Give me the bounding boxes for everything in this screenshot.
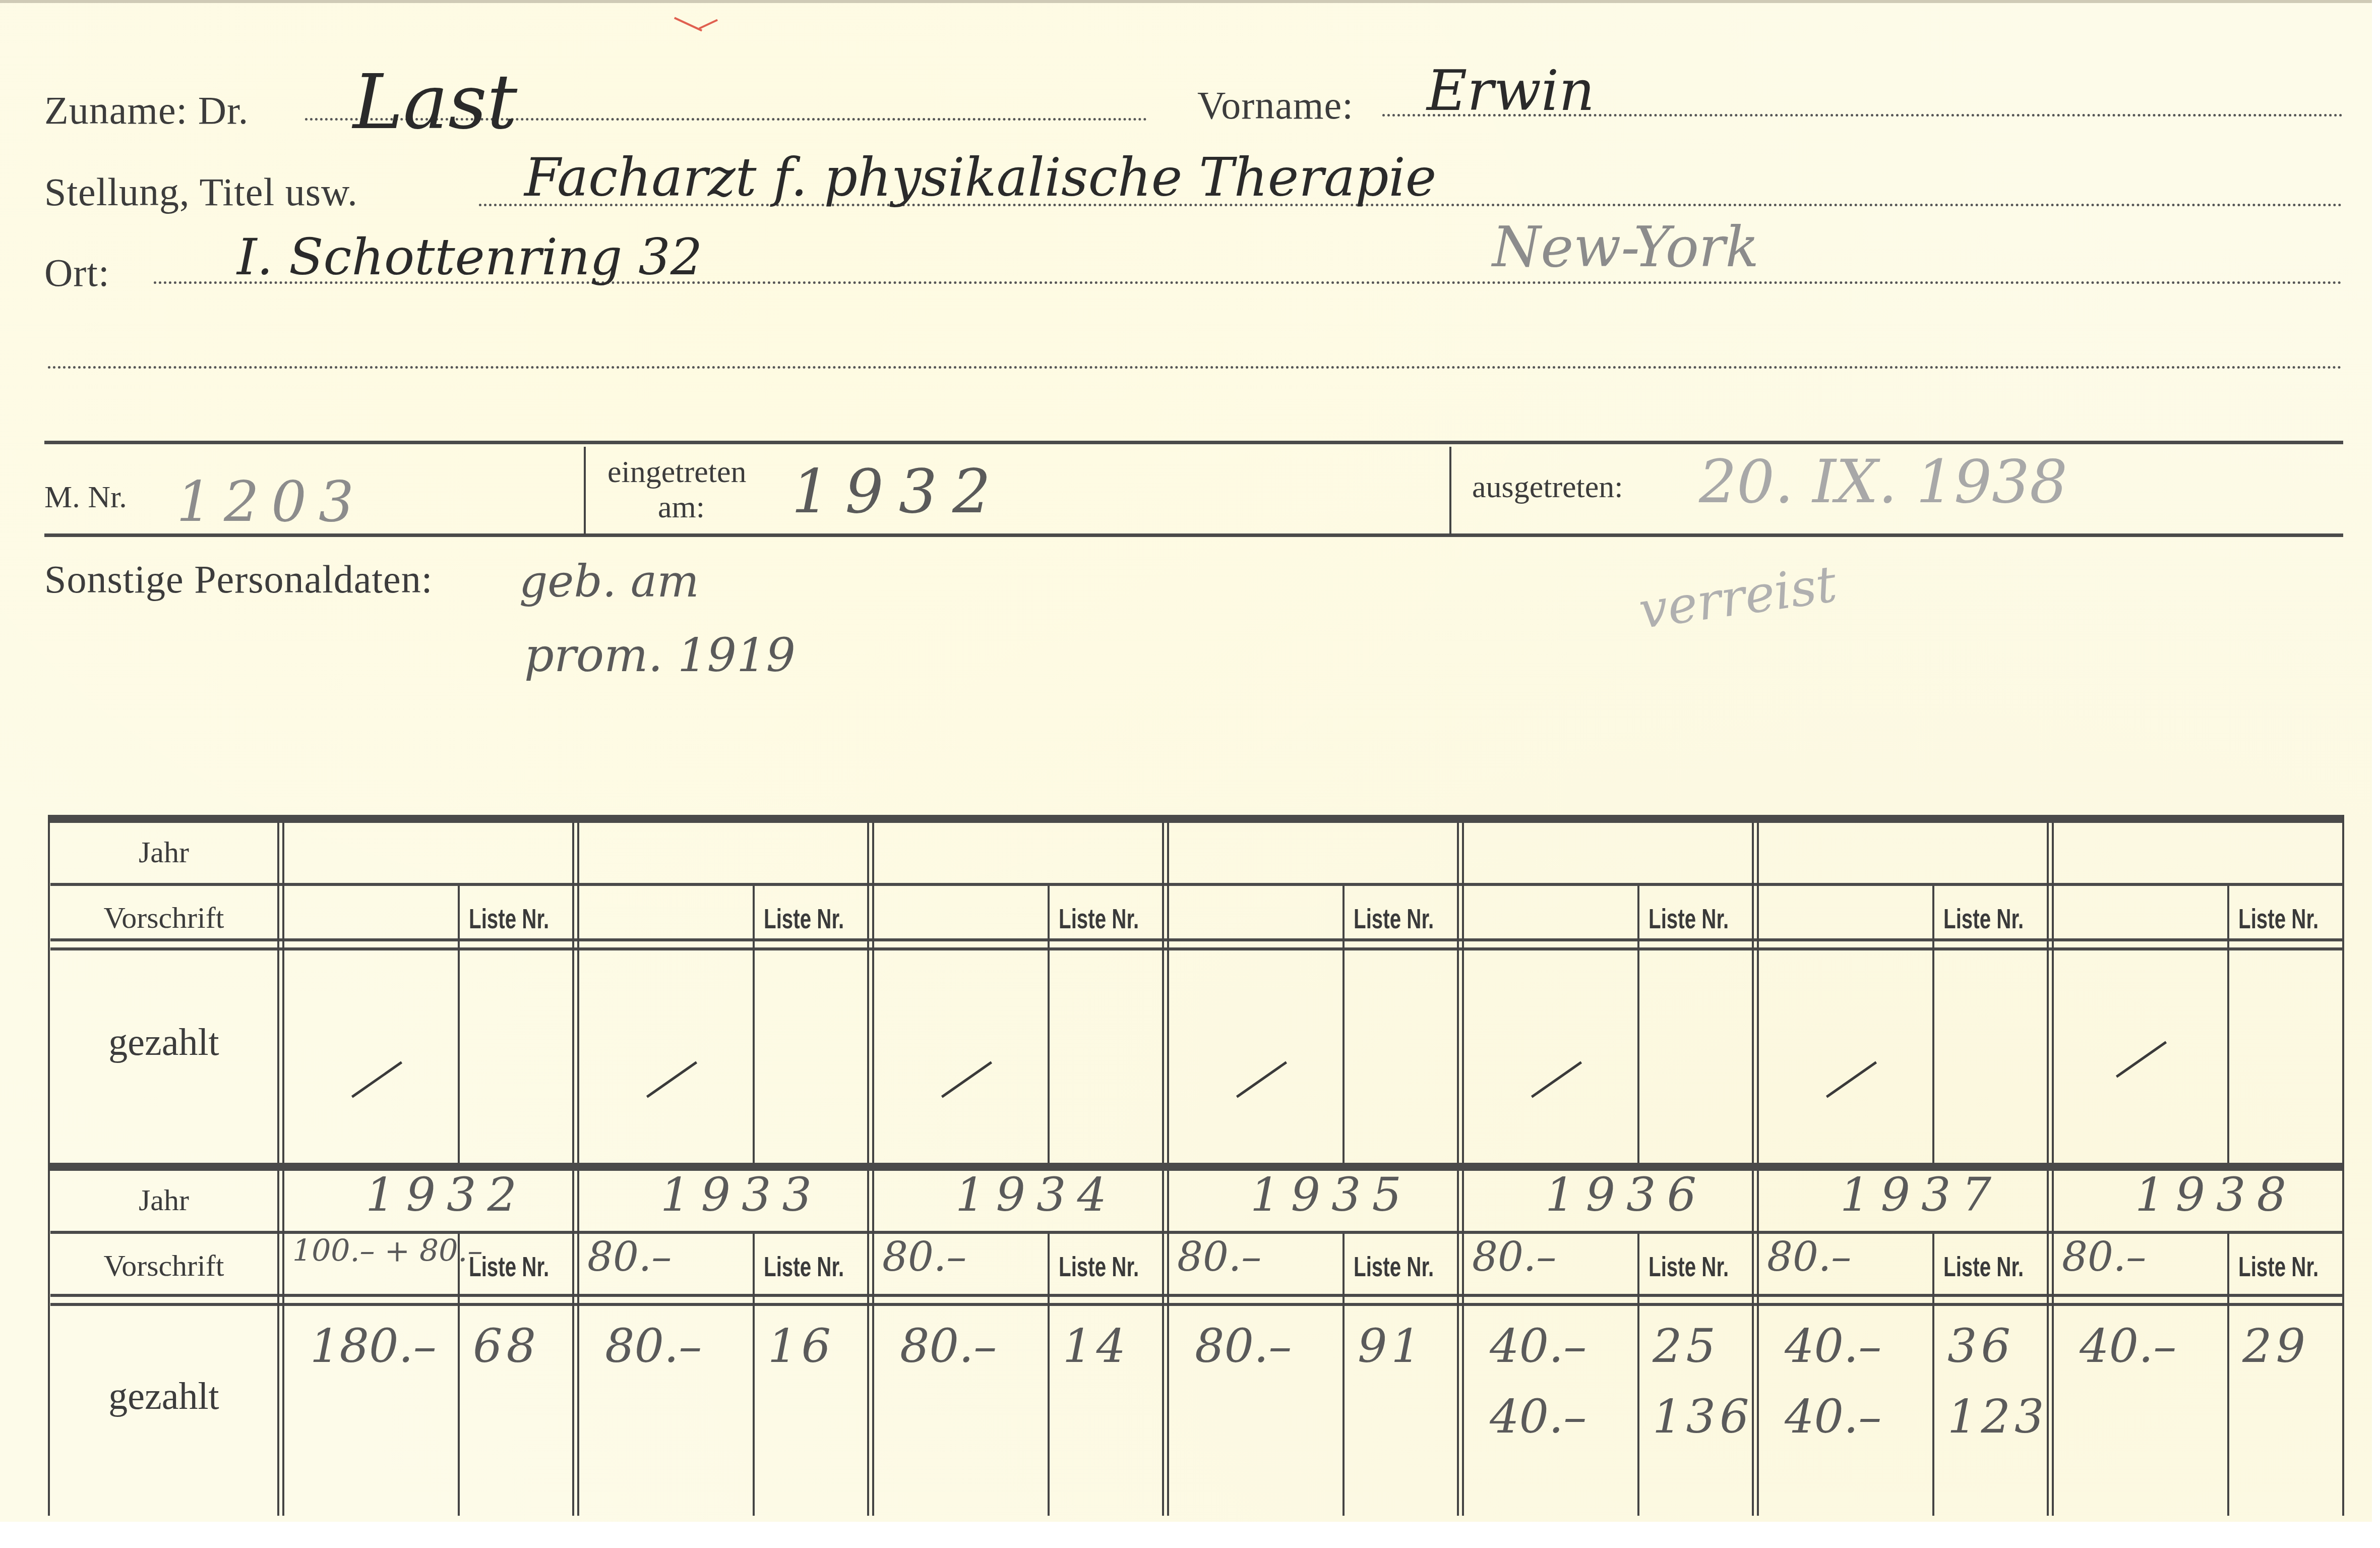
stellung-label: Stellung, Titel usw. [44, 169, 358, 215]
year-value[interactable]: 1936 [1545, 1168, 1707, 1222]
year-column-divider [1162, 1171, 1169, 1516]
liste-value[interactable]: 25 [1653, 1319, 1720, 1373]
jahr-label: Jahr [48, 835, 280, 870]
paid-check-mark [941, 1061, 992, 1098]
year-value[interactable]: 1934 [955, 1168, 1118, 1222]
year-value[interactable]: 1935 [1250, 1168, 1413, 1222]
blank-line [48, 366, 2343, 369]
eingetreten-label: eingetreten [607, 454, 746, 490]
liste-column-divider [458, 1234, 460, 1516]
liste-column-divider [2227, 886, 2229, 1163]
sonstige-label: Sonstige Personaldaten: [44, 557, 433, 602]
gezahlt-label: gezahlt [48, 1375, 280, 1418]
paid-check-mark [1236, 1061, 1287, 1098]
eingetreten-am-label: am: [658, 490, 705, 525]
liste-column-divider [458, 886, 460, 1163]
year-column-divider [1752, 823, 1759, 1163]
table-right-border [2342, 815, 2344, 1163]
vorschrift-label: Vorschrift [48, 901, 280, 935]
liste-value[interactable]: 29 [2242, 1319, 2309, 1373]
year-column-divider [1162, 823, 1169, 1163]
gezahlt-value[interactable]: 80.– [1195, 1319, 1292, 1373]
table-double-rule [50, 938, 2344, 941]
gezahlt-value[interactable]: 80.– [900, 1319, 997, 1373]
gezahlt-value[interactable]: 40.– [1785, 1319, 1881, 1373]
mnr-value[interactable]: 1203 [176, 469, 366, 534]
year-column-divider [572, 823, 579, 1163]
liste-nr-header: Liste Nr. [2238, 1250, 2318, 1283]
gezahlt-value[interactable]: 40.– [1785, 1390, 1881, 1444]
table-double-rule [50, 1294, 2344, 1297]
vorschrift-value[interactable]: 80.– [1767, 1233, 1851, 1280]
vorschrift-value[interactable]: 80.– [587, 1233, 672, 1280]
liste-nr-header: Liste Nr. [1354, 902, 1434, 935]
year-column-divider [1457, 1171, 1464, 1516]
liste-column-divider [1048, 886, 1050, 1163]
stellung-value[interactable]: Facharzt f. physikalische Therapie [524, 147, 1436, 208]
table-thick-rule [48, 815, 2344, 823]
year-column-divider [2047, 823, 2054, 1163]
liste-column-divider [2227, 1234, 2229, 1516]
paid-check-mark [1531, 1061, 1582, 1098]
liste-column-divider [1342, 1234, 1345, 1516]
year-value[interactable]: 1938 [2135, 1168, 2297, 1222]
year-column-divider [1457, 823, 1464, 1163]
year-column-divider [867, 823, 874, 1163]
gezahlt-value[interactable]: 40.– [1490, 1319, 1586, 1373]
vorschrift-value[interactable]: 80.– [1177, 1233, 1261, 1280]
liste-column-divider [1048, 1234, 1050, 1516]
vorschrift-value[interactable]: 80.– [2062, 1233, 2146, 1280]
liste-nr-header: Liste Nr. [1649, 902, 1729, 935]
vorname-value[interactable]: Erwin [1427, 58, 1595, 123]
gezahlt-value[interactable]: 40.– [1490, 1390, 1586, 1444]
liste-nr-header: Liste Nr. [1354, 1250, 1434, 1283]
liste-value[interactable]: 123 [1947, 1390, 2048, 1444]
liste-column-divider [753, 1234, 755, 1516]
year-value[interactable]: 1937 [1840, 1168, 2002, 1222]
sonstige-line1[interactable]: geb. am [519, 555, 699, 607]
liste-value[interactable]: 16 [768, 1319, 835, 1373]
liste-nr-header: Liste Nr. [764, 1250, 844, 1283]
year-value[interactable]: 1932 [365, 1168, 528, 1222]
year-column-divider [277, 1171, 284, 1516]
liste-column-divider [1932, 886, 1934, 1163]
paid-check-mark [646, 1061, 697, 1098]
table-double-rule [50, 1303, 2344, 1306]
gezahlt-value[interactable]: 80.– [605, 1319, 702, 1373]
zuname-value[interactable]: Last [353, 58, 517, 146]
table-right-border [2342, 1163, 2344, 1516]
liste-column-divider [753, 886, 755, 1163]
liste-column-divider [1637, 886, 1639, 1163]
paid-check-mark [2116, 1041, 2167, 1078]
sonstige-line2[interactable]: prom. 1919 [524, 628, 796, 682]
liste-nr-header: Liste Nr. [469, 902, 549, 935]
year-column-divider [1752, 1171, 1759, 1516]
liste-value[interactable]: 91 [1358, 1319, 1425, 1373]
vorschrift-value[interactable]: 100.– + 80.– [292, 1233, 482, 1269]
vorschrift-label: Vorschrift [48, 1248, 280, 1283]
year-column-divider [572, 1171, 579, 1516]
year-column-divider [2047, 1171, 2054, 1516]
liste-value[interactable]: 36 [1947, 1319, 2015, 1373]
liste-nr-header: Liste Nr. [1943, 1250, 2024, 1283]
liste-nr-header: Liste Nr. [1059, 902, 1139, 935]
vorname-label: Vorname: [1197, 83, 1354, 128]
paid-check-mark [1826, 1061, 1877, 1098]
table-row-divider [50, 883, 2344, 886]
liste-nr-header: Liste Nr. [1943, 902, 2024, 935]
mnr-bottom-rule [44, 533, 2343, 537]
liste-value[interactable]: 14 [1063, 1319, 1130, 1373]
red-mark [699, 19, 718, 30]
liste-column-divider [1342, 886, 1345, 1163]
eingetreten-value[interactable]: 1932 [791, 457, 1006, 527]
liste-column-divider [1637, 1234, 1639, 1516]
liste-column-divider [1932, 1234, 1934, 1516]
table-double-rule [50, 947, 2344, 950]
year-column-divider [867, 1171, 874, 1516]
mnr-top-rule [44, 441, 2343, 444]
gezahlt-label: gezahlt [48, 1021, 280, 1064]
liste-value[interactable]: 136 [1653, 1390, 1753, 1444]
ausgetreten-value[interactable]: 20. IX. 1938 [1699, 447, 2067, 516]
ausgetreten-divider [1449, 447, 1451, 535]
liste-nr-header: Liste Nr. [1649, 1250, 1729, 1283]
liste-nr-header: Liste Nr. [764, 902, 844, 935]
mnr-label: M. Nr. [44, 480, 127, 515]
paid-check-mark [351, 1061, 402, 1098]
gezahlt-value[interactable]: 180.– [310, 1319, 437, 1373]
ort-value-2[interactable]: New-York [1492, 215, 1759, 279]
liste-nr-header: Liste Nr. [1059, 1250, 1139, 1283]
year-value[interactable]: 1933 [660, 1168, 823, 1222]
jahr-label: Jahr [48, 1183, 280, 1218]
red-mark [674, 17, 702, 32]
ort-value[interactable]: I. Schottenring 32 [237, 227, 702, 286]
liste-nr-header: Liste Nr. [2238, 902, 2318, 935]
mnr-divider [584, 447, 586, 535]
liste-value[interactable]: 68 [473, 1319, 540, 1373]
sonstige-note[interactable]: verreist [1635, 554, 1840, 640]
ausgetreten-label: ausgetreten: [1472, 469, 1623, 505]
zuname-label: Zuname: Dr. [44, 88, 249, 133]
gezahlt-value[interactable]: 40.– [2080, 1319, 2176, 1373]
year-column-divider [277, 823, 284, 1163]
membership-index-card: Zuname: Dr. Last Vorname: Erwin Stellung… [0, 0, 2372, 1522]
vorschrift-value[interactable]: 80.– [1472, 1233, 1556, 1280]
vorschrift-value[interactable]: 80.– [882, 1233, 966, 1280]
ort-label: Ort: [44, 250, 110, 295]
